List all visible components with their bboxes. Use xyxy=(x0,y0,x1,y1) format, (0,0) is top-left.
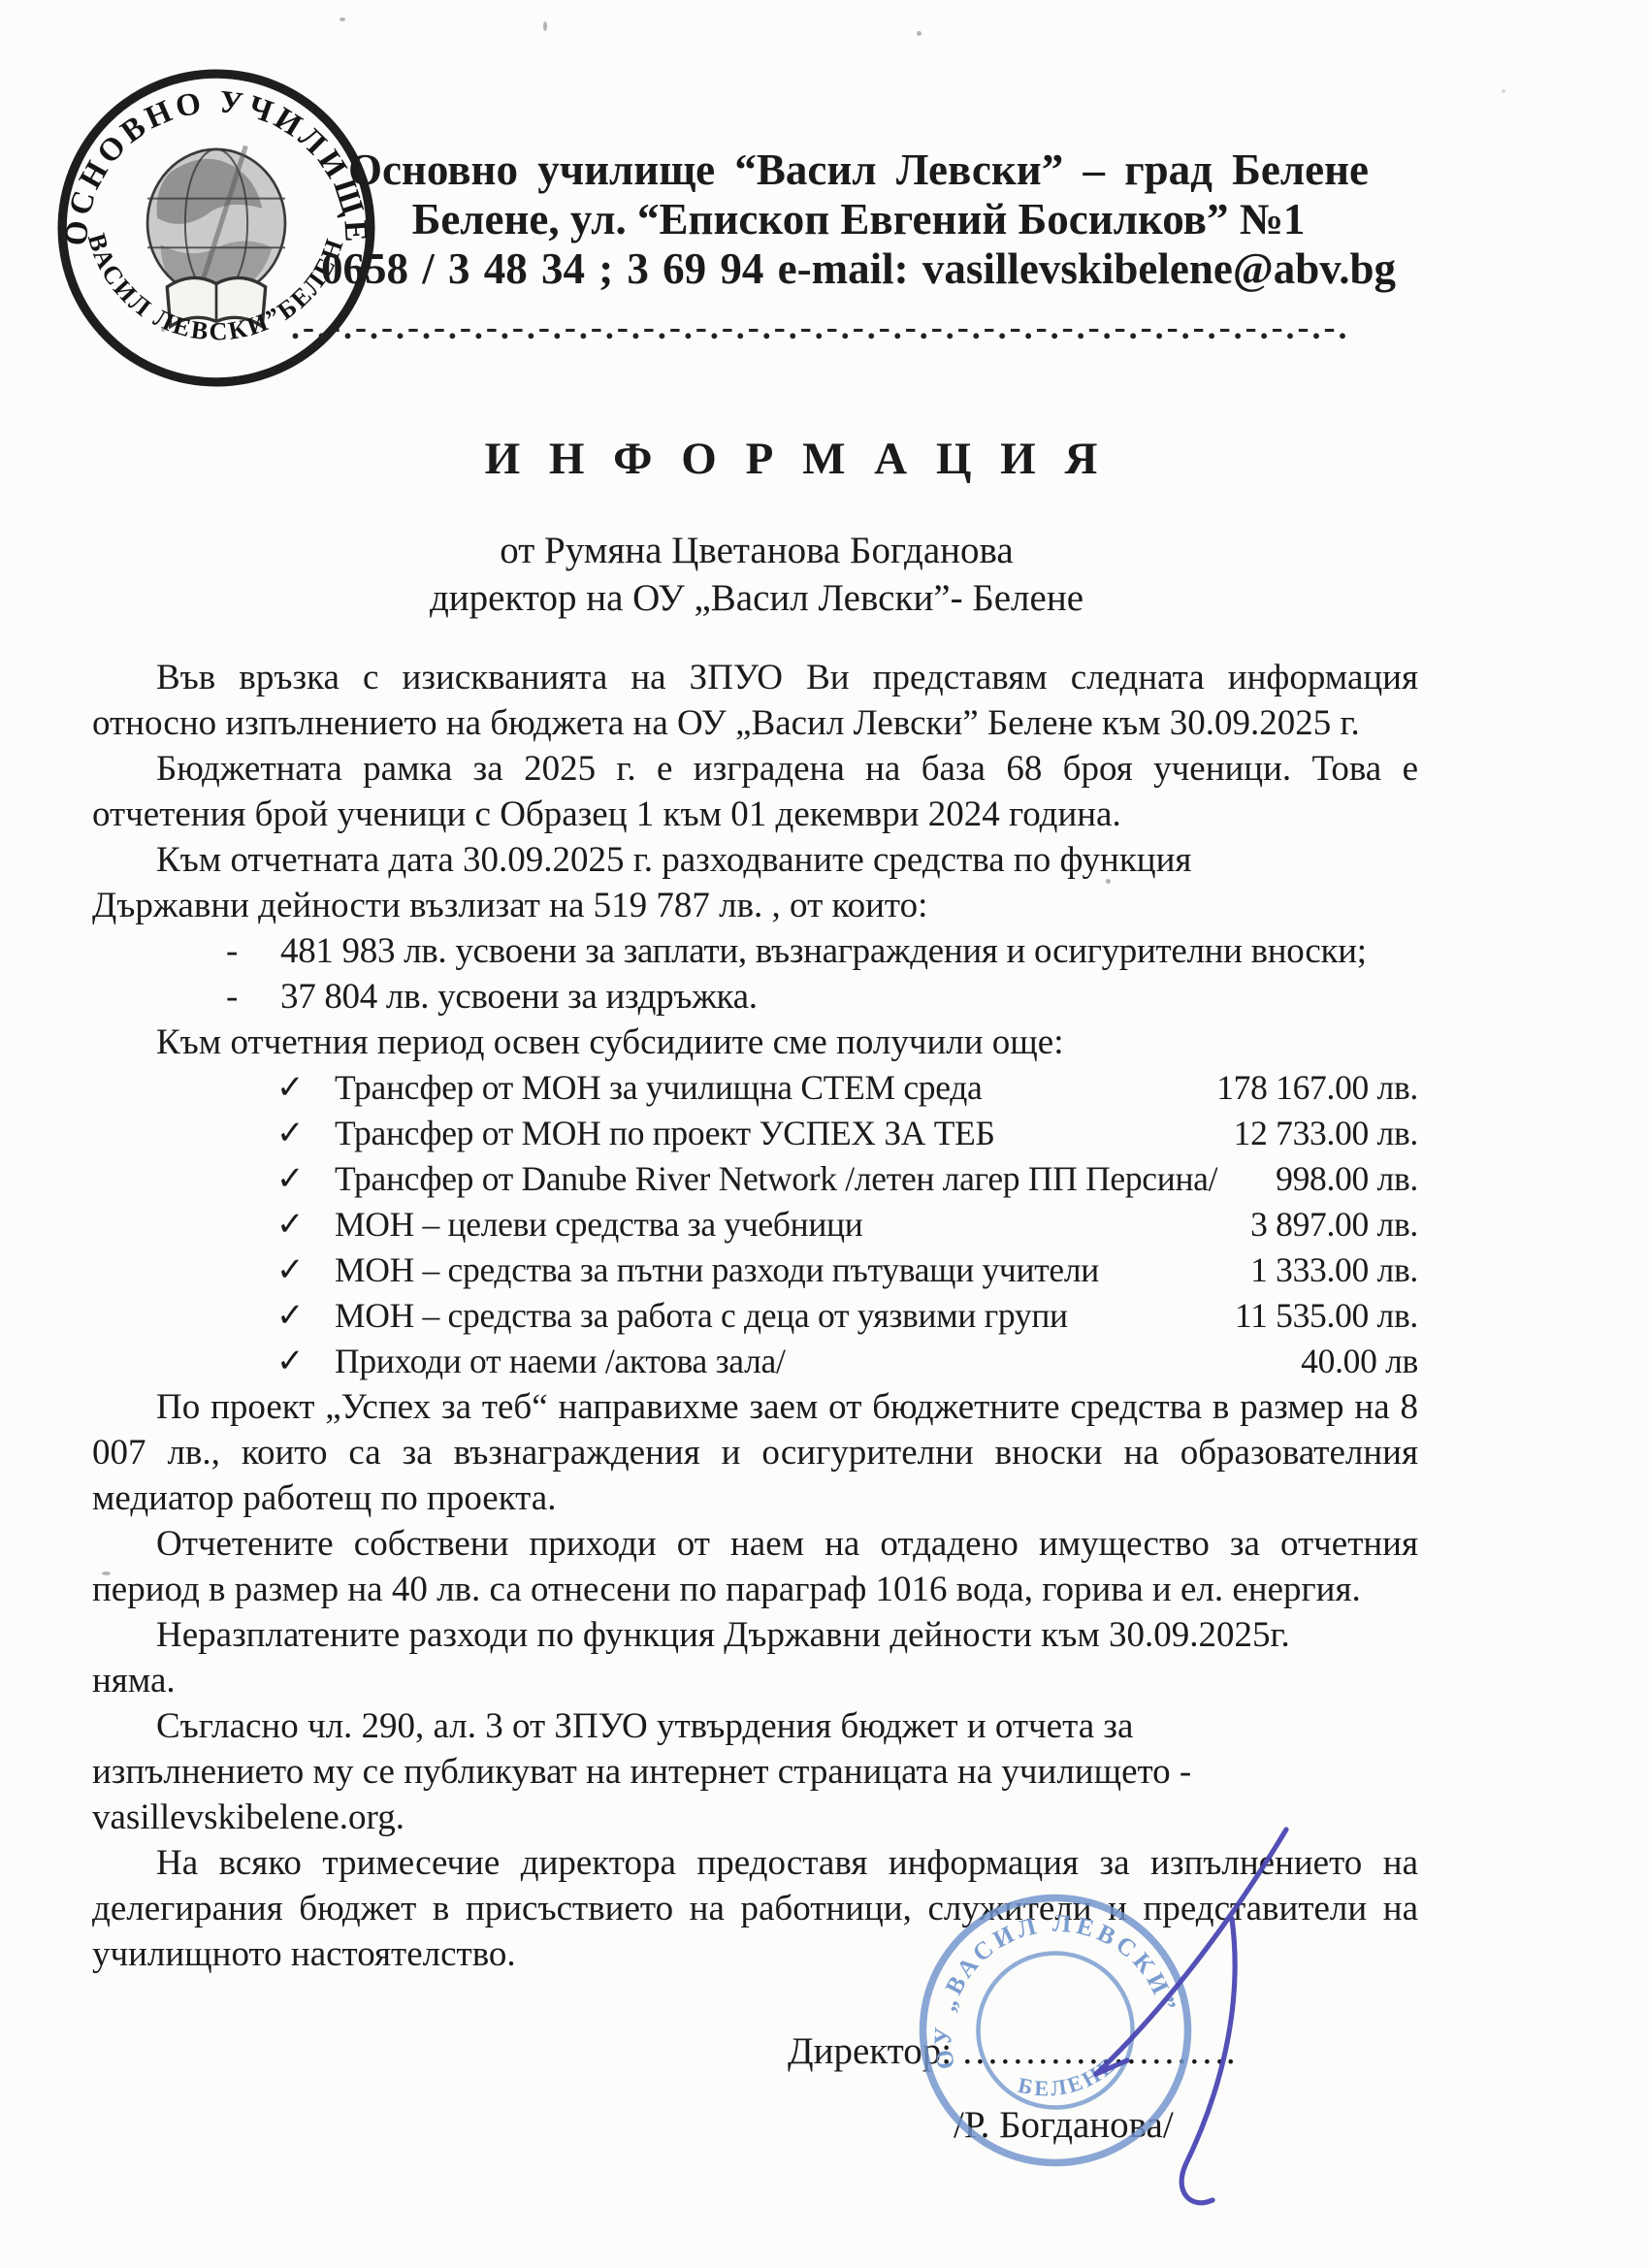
check-icon: ✓ xyxy=(276,1247,335,1293)
paragraph-received-intro: Към отчетния период освен субсидиите сме… xyxy=(92,1020,1418,1065)
letterhead: Основно училище “Васил Левски” – град Бе… xyxy=(233,146,1484,294)
transfer-row: ✓ МОН – целеви средства за учебници 3 89… xyxy=(276,1202,1418,1247)
scan-speck xyxy=(102,1571,111,1575)
page-title: И Н Ф О Р М А Ц И Я xyxy=(0,433,1591,485)
transfer-label: МОН – средства за пътни разходи пътуващи… xyxy=(335,1247,1099,1293)
check-icon: ✓ xyxy=(276,1156,335,1202)
transfer-amount: 1 333.00 лв. xyxy=(1237,1247,1418,1293)
transfer-label: МОН – средства за работа с деца от уязви… xyxy=(335,1293,1068,1339)
school-contacts: 0658 / 3 48 34 ; 3 69 94 e-mail: vasille… xyxy=(233,244,1484,294)
scan-speck xyxy=(161,328,165,332)
author-block: от Румяна Цветанова Богданова директор н… xyxy=(0,527,1513,622)
paragraph-loan: По проект „Успех за теб“ направихме заем… xyxy=(92,1384,1418,1521)
list-item: - 37 804 лв. усвоени за издръжка. xyxy=(92,974,1418,1020)
scanned-document-page: ОСНОВНО УЧИЛИЩЕ „ВАСИЛ ЛЕВСКИ”БЕЛЕНЕ Осн… xyxy=(0,0,1649,2268)
school-address: Белене, ул. “Епископ Евгений Босилков” №… xyxy=(233,195,1484,244)
scan-speck xyxy=(339,17,345,21)
author-position: директор на ОУ „Васил Левски”- Белене xyxy=(0,574,1513,622)
paragraph-unpaid: Неразплатените разходи по функция Държав… xyxy=(92,1612,1324,1703)
transfer-amount: 3 897.00 лв. xyxy=(1237,1202,1418,1247)
transfer-row: ✓ Трансфер от Danube River Network /лете… xyxy=(276,1156,1418,1202)
list-item-text: 37 804 лв. усвоени за издръжка. xyxy=(280,974,758,1020)
transfer-row: ✓ МОН – средства за пътни разходи пътува… xyxy=(276,1247,1418,1293)
transfer-row: ✓ МОН – средства за работа с деца от уяз… xyxy=(276,1293,1418,1339)
school-name: Основно училище “Васил Левски” – град Бе… xyxy=(233,146,1484,195)
check-icon: ✓ xyxy=(276,1202,335,1247)
scan-speck xyxy=(1502,89,1505,93)
handwritten-signature xyxy=(1003,1822,1304,2229)
scan-speck xyxy=(917,31,921,36)
transfer-label: Приходи от наеми /актова зала/ xyxy=(335,1339,786,1384)
transfer-amount: 11 535.00 лв. xyxy=(1221,1293,1418,1339)
author-name: от Румяна Цветанова Богданова xyxy=(0,527,1513,574)
paragraph-publication: Съгласно чл. 290, ал. 3 от ЗПУО утвърден… xyxy=(92,1703,1208,1840)
dash-dot-divider: .-.-.-.-.-.-.-.-.-.-.-.-.-.-.-.-.-.-.-.-… xyxy=(291,307,1533,347)
scan-speck xyxy=(543,21,547,31)
document-body: Във връзка с изискванията на ЗПУО Ви пре… xyxy=(92,655,1418,1977)
transfer-row: ✓ Приходи от наеми /актова зала/ 40.00 л… xyxy=(276,1339,1418,1384)
check-icon: ✓ xyxy=(276,1065,335,1111)
check-icon: ✓ xyxy=(276,1293,335,1339)
paragraph-intro: Във връзка с изискванията на ЗПУО Ви пре… xyxy=(92,655,1418,746)
transfer-amount: 12 733.00 лв. xyxy=(1220,1111,1418,1156)
transfer-amount: 998.00 лв. xyxy=(1262,1156,1418,1202)
transfer-label: Трансфер от МОН по проект УСПЕХ ЗА ТЕБ xyxy=(335,1111,995,1156)
check-icon: ✓ xyxy=(276,1111,335,1156)
transfer-label: Трансфер от МОН за училищна СТЕМ среда xyxy=(335,1065,982,1111)
list-item-text: 481 983 лв. усвоени за заплати, възнагра… xyxy=(280,928,1367,974)
dash-bullet: - xyxy=(226,974,280,1020)
transfer-row: ✓ Трансфер от МОН за училищна СТЕМ среда… xyxy=(276,1065,1418,1111)
transfer-label: Трансфер от Danube River Network /летен … xyxy=(335,1156,1217,1202)
paragraph-budget-frame: Бюджетната рамка за 2025 г. е изградена … xyxy=(92,746,1418,837)
dash-bullet: - xyxy=(226,928,280,974)
paragraph-own-income: Отчетените собствени приходи от наем на … xyxy=(92,1521,1418,1612)
transfer-amount: 40.00 лв xyxy=(1287,1339,1418,1384)
scan-speck xyxy=(1106,879,1111,884)
transfer-label: МОН – целеви средства за учебници xyxy=(335,1202,862,1247)
check-icon: ✓ xyxy=(276,1339,335,1384)
list-item: - 481 983 лв. усвоени за заплати, възнаг… xyxy=(92,928,1418,974)
transfer-row: ✓ Трансфер от МОН по проект УСПЕХ ЗА ТЕБ… xyxy=(276,1111,1418,1156)
paragraph-spent-funds: Към отчетната дата 30.09.2025 г. разходв… xyxy=(92,837,1300,928)
transfer-amount: 178 167.00 лв. xyxy=(1203,1065,1418,1111)
